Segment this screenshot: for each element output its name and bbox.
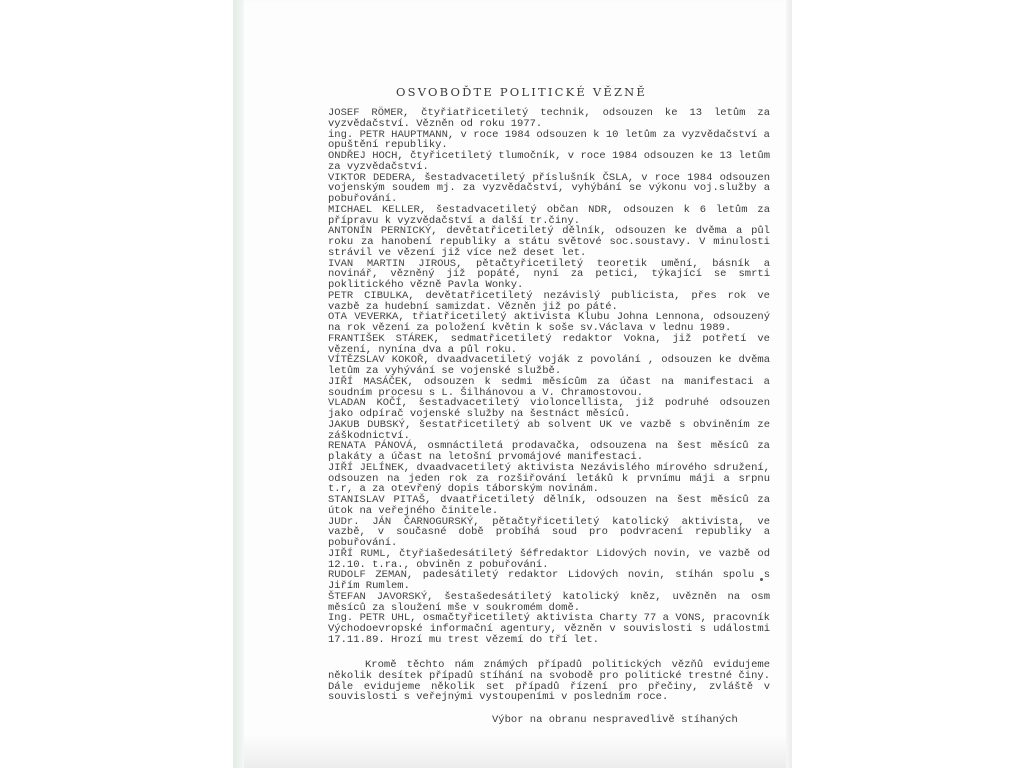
prisoner-entry: VÍTĚZSLAV KOKOŘ, dvaadvacetiletý voják z… — [328, 355, 770, 377]
prisoner-entry: JIŘÍ MASÁČEK, odsouzen k sedmi měsícům z… — [328, 377, 770, 399]
sheet-bottom-shadow — [244, 735, 786, 768]
prisoner-entry: ŠTEFAN JAVORSKÝ, šestašedesátiletý katol… — [328, 592, 770, 614]
prisoner-entry: JIŘÍ JELÍNEK, dvaadvacetiletý aktivista … — [328, 463, 770, 495]
prisoner-entry: STANISLAV PITAŠ, dvaatřicetiletý dělník,… — [328, 495, 770, 517]
prisoner-entry: JUDr. JÁN ČARNOGURSKÝ, pětačtyřicetiletý… — [328, 517, 770, 549]
sheet-right-edge — [786, 0, 792, 768]
prisoner-entry: ing. PETR HAUPTMANN, v roce 1984 odsouze… — [328, 130, 770, 152]
prisoner-entry: ANTONÍN PERNICKÝ, devětatřicetiletý děln… — [328, 226, 770, 258]
prisoner-entry: JIŘÍ RUML, čtyřiašedesátiletý šéfredakto… — [328, 549, 770, 571]
prisoner-description: , čtyřiašedesátiletý šéfredaktor Lidovýc… — [328, 548, 770, 571]
prisoner-entry: JOSEF RÖMER, čtyřiatřicetiletý technik, … — [328, 108, 770, 130]
signature-line: Výbor na obranu nespravedlivě stíhaných — [492, 714, 738, 726]
prisoner-entry: Ing. PETR UHL, osmačtyřicetiletý aktivis… — [328, 613, 770, 645]
prisoner-entry: ONDŘEJ HOCH, čtyřicetiletý tlumočník, v … — [328, 151, 770, 173]
document-title: OSVOBOĎTE POLITICKÉ VĚZNĚ — [396, 85, 671, 99]
prisoner-entry: PETR CIBULKA, devětatřicetiletý nezávisl… — [328, 291, 770, 313]
prisoner-list: JOSEF RÖMER, čtyřiatřicetiletý technik, … — [328, 108, 770, 646]
prisoner-entry: RENATA PÁNOVÁ, osmnáctiletá prodavačka, … — [328, 441, 770, 463]
closing-paragraph: Kromě těchto nám známých případů politic… — [328, 660, 770, 703]
prisoner-entry: MICHAEL KELLER, šestadvacetiletý občan N… — [328, 205, 770, 227]
prisoner-entry: VLADAN KOČÍ, šestadvacetiletý violoncell… — [328, 398, 770, 420]
sheet-left-edge — [233, 0, 244, 768]
prisoner-entry: VIKTOR DEDERA, šestadvacetiletý příslušn… — [328, 173, 770, 205]
prisoner-entry: FRANTIŠEK STÁREK, sedmatřicetiletý redak… — [328, 334, 770, 356]
prisoner-entry: JAKUB DUBSKÝ, šestatřicetiletý ab solven… — [328, 420, 770, 442]
prisoner-entry: IVAN MARTIN JIROUS, pětačtyřicetiletý te… — [328, 259, 770, 291]
prisoner-entry: OTA VEVERKA, třiatřicetiletý aktivista K… — [328, 312, 770, 334]
scan-viewport: OSVOBOĎTE POLITICKÉ VĚZNĚ JOSEF RÖMER, č… — [0, 0, 1024, 768]
scan-speck — [760, 578, 763, 581]
prisoner-entry: RUDOLF ZEMAN, padesátiletý redaktor Lido… — [328, 570, 770, 592]
